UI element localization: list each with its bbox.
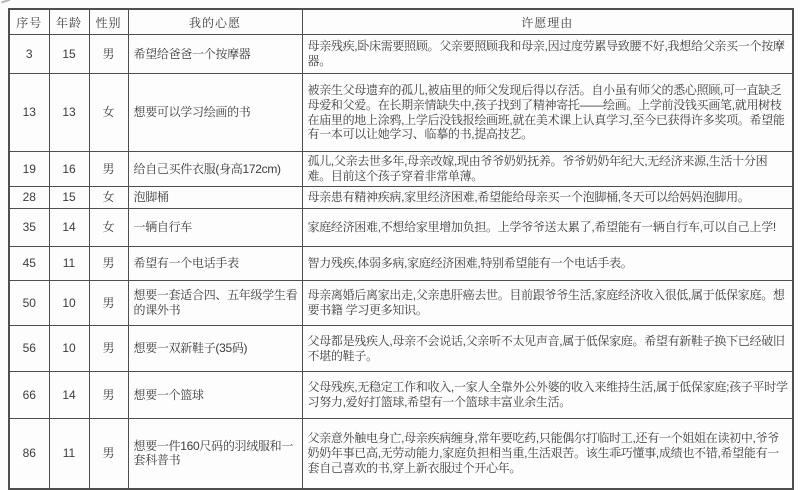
cell-gender: 女 xyxy=(89,74,128,152)
cell-wish: 想要一套适合四、五年级学生看的课外书 xyxy=(128,281,302,326)
cell-wish: 想要一双新鞋子(35码) xyxy=(128,326,302,372)
header-gender: 性别 xyxy=(89,9,128,35)
table-row: 3514女一辆自行车家庭经济困难,不想给家里增加负担。上学爷爷送太累了,希望能有… xyxy=(9,209,793,247)
header-wish: 我的心愿 xyxy=(128,9,302,35)
cell-reason: 父母都是残疾人,母亲不会说话,父亲听不太见声音,属于低保家庭。希望有新鞋子换下已… xyxy=(302,326,793,372)
cell-reason: 孤儿,父亲去世多年,母亲改嫁,现由爷爷奶奶抚养。爷爷奶奶年纪大,无经济来源,生活… xyxy=(302,152,793,187)
cell-wish: 想要可以学习绘画的书 xyxy=(128,74,302,152)
cell-age: 15 xyxy=(49,187,89,209)
cell-gender: 男 xyxy=(89,152,128,187)
table-row: 8611男想要一件160尺码的羽绒服和一套科普书父亲意外触电身亡,母亲疾病缠身,… xyxy=(9,419,793,489)
table-row: 1313女想要可以学习绘画的书被亲生父母遗弃的孤儿,被庙里的师父发现后得以存活。… xyxy=(9,74,793,152)
cell-reason: 母亲残疾,卧床需要照顾。父亲要照顾我和母亲,因过度劳累导致腰不好,我想给父亲买一… xyxy=(302,35,793,74)
cell-serial: 28 xyxy=(9,187,49,209)
cell-reason: 家庭经济困难,不想给家里增加负担。上学爷爷送太累了,希望能有一辆自行车,可以自己… xyxy=(302,209,793,247)
cell-wish: 希望给爸爸一个按摩器 xyxy=(128,35,302,74)
cell-serial: 50 xyxy=(9,281,49,326)
cell-serial: 56 xyxy=(9,326,49,372)
cell-gender: 女 xyxy=(89,187,128,209)
cell-gender: 男 xyxy=(89,35,128,74)
cell-gender: 女 xyxy=(89,209,128,247)
header-row: 序号 年龄 性别 我的心愿 许愿理由 xyxy=(9,9,793,35)
cell-reason: 母亲患有精神疾病,家里经济困难,希望能给母亲买一个泡脚桶,冬天可以给妈妈泡脚用。 xyxy=(302,187,793,209)
cell-age: 16 xyxy=(49,152,89,187)
cell-reason: 被亲生父母遗弃的孤儿,被庙里的师父发现后得以存活。自小虽有师父的悉心照顾,可一直… xyxy=(302,74,793,152)
cell-age: 14 xyxy=(49,209,89,247)
cell-serial: 86 xyxy=(9,419,49,489)
cell-gender: 男 xyxy=(89,372,128,419)
corner-artifact xyxy=(1,0,12,8)
document-page: 序号 年龄 性别 我的心愿 许愿理由 315男希望给爸爸一个按摩器母亲残疾,卧床… xyxy=(0,0,800,490)
cell-gender: 男 xyxy=(89,419,128,489)
cell-reason: 智力残疾,体弱多病,家庭经济困难,特别希望能有一个电话手表。 xyxy=(302,247,793,281)
cell-serial: 19 xyxy=(9,152,49,187)
cell-gender: 男 xyxy=(89,326,128,372)
wish-table: 序号 年龄 性别 我的心愿 许愿理由 315男希望给爸爸一个按摩器母亲残疾,卧床… xyxy=(8,8,794,490)
header-reason: 许愿理由 xyxy=(302,9,793,35)
cell-reason: 母亲离婚后离家出走,父亲患肝癌去世。目前跟爷爷生活,家庭经济收入很低,属于低保家… xyxy=(302,281,793,326)
cell-age: 13 xyxy=(49,74,89,152)
cell-age: 10 xyxy=(49,281,89,326)
cell-reason: 父母残疾,无稳定工作和收入,一家人全靠外公外婆的收入来维持生活,属于低保家庭;孩… xyxy=(302,372,793,419)
header-serial: 序号 xyxy=(9,9,49,35)
cell-wish: 希望有一个电话手表 xyxy=(128,247,302,281)
header-age: 年龄 xyxy=(49,9,89,35)
cell-serial: 13 xyxy=(9,74,49,152)
cell-serial: 66 xyxy=(9,372,49,419)
table-row: 6614男想要一个篮球父母残疾,无稳定工作和收入,一家人全靠外公外婆的收入来维持… xyxy=(9,372,793,419)
table-row: 5010男想要一套适合四、五年级学生看的课外书母亲离婚后离家出走,父亲患肝癌去世… xyxy=(9,281,793,326)
cell-wish: 泡脚桶 xyxy=(128,187,302,209)
table-row: 2815女泡脚桶母亲患有精神疾病,家里经济困难,希望能给母亲买一个泡脚桶,冬天可… xyxy=(9,187,793,209)
table-body: 315男希望给爸爸一个按摩器母亲残疾,卧床需要照顾。父亲要照顾我和母亲,因过度劳… xyxy=(9,35,793,489)
cell-serial: 3 xyxy=(9,35,49,74)
cell-age: 15 xyxy=(49,35,89,74)
cell-age: 10 xyxy=(49,326,89,372)
table-row: 315男希望给爸爸一个按摩器母亲残疾,卧床需要照顾。父亲要照顾我和母亲,因过度劳… xyxy=(9,35,793,74)
cell-gender: 男 xyxy=(89,247,128,281)
cell-wish: 想要一件160尺码的羽绒服和一套科普书 xyxy=(128,419,302,489)
cell-wish: 一辆自行车 xyxy=(128,209,302,247)
cell-wish: 想要一个篮球 xyxy=(128,372,302,419)
cell-wish: 给自己买件衣服(身高172cm) xyxy=(128,152,302,187)
cell-gender: 男 xyxy=(89,281,128,326)
cell-serial: 45 xyxy=(9,247,49,281)
cell-age: 11 xyxy=(49,419,89,489)
cell-serial: 35 xyxy=(9,209,49,247)
table-row: 4511男希望有一个电话手表智力残疾,体弱多病,家庭经济困难,特别希望能有一个电… xyxy=(9,247,793,281)
table-row: 1916男给自己买件衣服(身高172cm)孤儿,父亲去世多年,母亲改嫁,现由爷爷… xyxy=(9,152,793,187)
table-row: 5610男想要一双新鞋子(35码)父母都是残疾人,母亲不会说话,父亲听不太见声音… xyxy=(9,326,793,372)
cell-reason: 父亲意外触电身亡,母亲疾病缠身,常年要吃药,只能偶尔打临时工,还有一个姐姐在读初… xyxy=(302,419,793,489)
cell-age: 11 xyxy=(49,247,89,281)
cell-age: 14 xyxy=(49,372,89,419)
